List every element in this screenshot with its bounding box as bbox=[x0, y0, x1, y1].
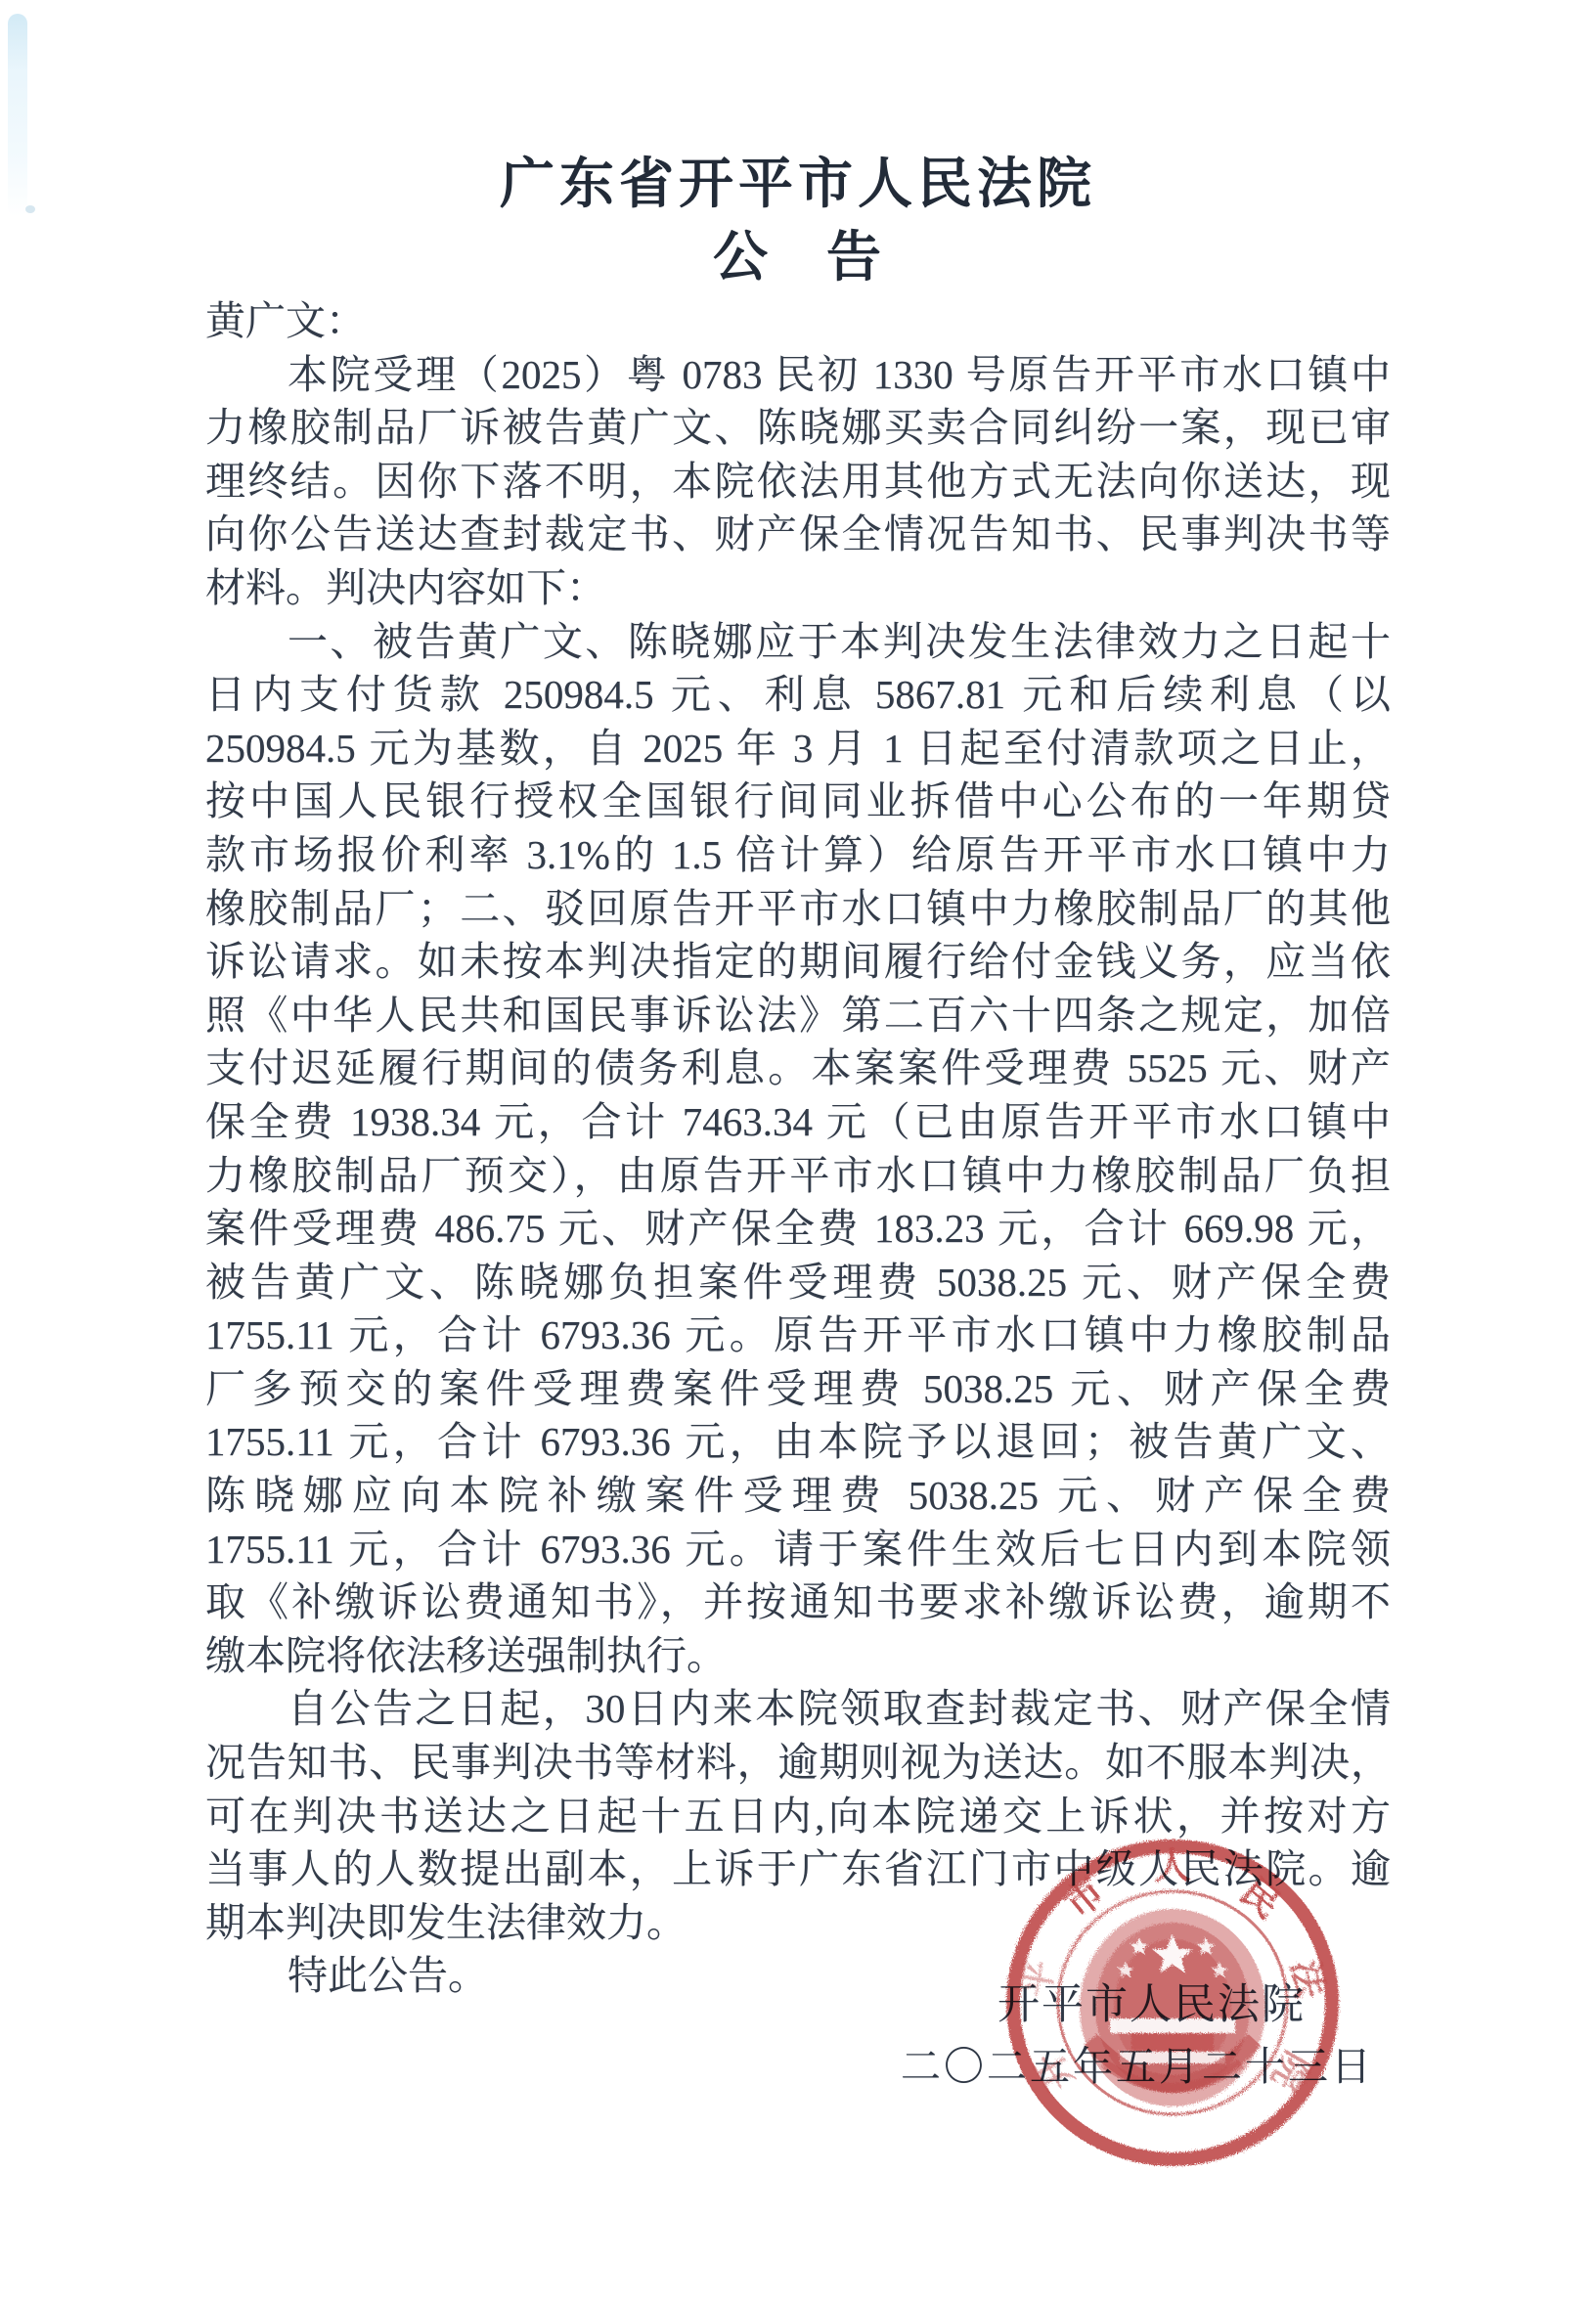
body-line: 况告知书、民事判决书等材料，逾期则视为送达。如不服本判决， bbox=[205, 1736, 1391, 1790]
national-emblem bbox=[1080, 1909, 1265, 2106]
seal-arc-char: 人 bbox=[1154, 1846, 1191, 1887]
body-line: 陈晓娜应向本院补缴案件受理费 5038.25 元、财产保全费 bbox=[205, 1469, 1391, 1523]
page-subtitle: 公 告 bbox=[0, 225, 1596, 289]
body-line: 支付迟延履行期间的债务利息。本案案件受理费 5525 元、财产 bbox=[205, 1042, 1391, 1095]
body-line: 照《中华人民共和国民事诉讼法》第二百六十四条之规定，加倍 bbox=[205, 989, 1391, 1042]
body-line: 力橡胶制品厂诉被告黄广文、陈晓娜买卖合同纠纷一案，现已审 bbox=[205, 401, 1391, 455]
salutation: 黄广文： bbox=[205, 294, 1391, 348]
body-line: 案件受理费 486.75 元、财产保全费 183.23 元，合计 669.98 … bbox=[205, 1202, 1391, 1256]
body-line: 一、被告黄广文、陈晓娜应于本判决发生法律效力之日起十 bbox=[205, 615, 1391, 669]
body-line: 日内支付货款 250984.5 元、利息 5867.81 元和后续利息（以 bbox=[205, 668, 1391, 722]
scanned-court-announcement: 广东省开平市人民法院 公 告 黄广文： 本院受理（2025）粤 0783 民初 … bbox=[0, 0, 1596, 2305]
body-line: 材料。判决内容如下： bbox=[205, 561, 1391, 615]
body-line: 自公告之日起，30日内来本院领取查封裁定书、财产保全情 bbox=[205, 1682, 1391, 1736]
body-line: 按中国人民银行授权全国银行间同业拆借中心公布的一年期贷 bbox=[205, 775, 1391, 828]
seal-arc-char: 法 bbox=[1283, 1958, 1330, 2003]
body-line: 250984.5 元为基数，自 2025 年 3 月 1 日起至付清款项之日止， bbox=[205, 722, 1391, 776]
announcement-body: 黄广文： 本院受理（2025）粤 0783 民初 1330 号原告开平市水口镇中… bbox=[205, 294, 1391, 2003]
body-line: 1755.11 元，合计 6793.36 元。请于案件生效后七日内到本院领 bbox=[205, 1523, 1391, 1576]
body-line: 理终结。因你下落不明，本院依法用其他方式无法向你送达，现 bbox=[205, 455, 1391, 509]
emblem-wall-band bbox=[1120, 2052, 1225, 2063]
body-line: 向你公告送达查封裁定书、财产保全情况告知书、民事判决书等 bbox=[205, 508, 1391, 561]
body-line: 橡胶制品厂；二、驳回原告开平市水口镇中力橡胶制品厂的其他 bbox=[205, 882, 1391, 936]
body-line: 款市场报价利率 3.1%的 1.5 倍计算）给原告开平市水口镇中力 bbox=[205, 828, 1391, 882]
body-line: 力橡胶制品厂预交），由原告开平市水口镇中力橡胶制品厂负担 bbox=[205, 1149, 1391, 1203]
body-line: 缴本院将依法移送强制执行。 bbox=[205, 1629, 1391, 1683]
body-line: 1755.11 元，合计 6793.36 元，由本院予以退回；被告黄广文、 bbox=[205, 1415, 1391, 1469]
official-court-seal: 开 平 市 人 民 法 院 bbox=[977, 1807, 1368, 2198]
body-line: 被告黄广文、陈晓娜负担案件受理费 5038.25 元、财产保全费 bbox=[205, 1256, 1391, 1309]
body-line: 厂多预交的案件受理费案件受理费 5038.25 元、财产保全费 bbox=[205, 1362, 1391, 1416]
body-line: 本院受理（2025）粤 0783 民初 1330 号原告开平市水口镇中 bbox=[205, 348, 1391, 402]
body-line: 诉讼请求。如未按本判决指定的期间履行给付金钱义务，应当依 bbox=[205, 935, 1391, 989]
body-line: 1755.11 元，合计 6793.36 元。原告开平市水口镇中力橡胶制品 bbox=[205, 1308, 1391, 1362]
body-line: 取《补缴诉讼费通知书》，并按通知书要求补缴诉讼费，逾期不 bbox=[205, 1575, 1391, 1629]
emblem-gate-band bbox=[1110, 2018, 1235, 2033]
body-line: 保全费 1938.34 元，合计 7463.34 元（已由原告开平市水口镇中 bbox=[205, 1095, 1391, 1149]
seal-arc-char: 平 bbox=[1015, 1958, 1062, 2002]
page-title: 广东省开平市人民法院 bbox=[0, 153, 1596, 215]
